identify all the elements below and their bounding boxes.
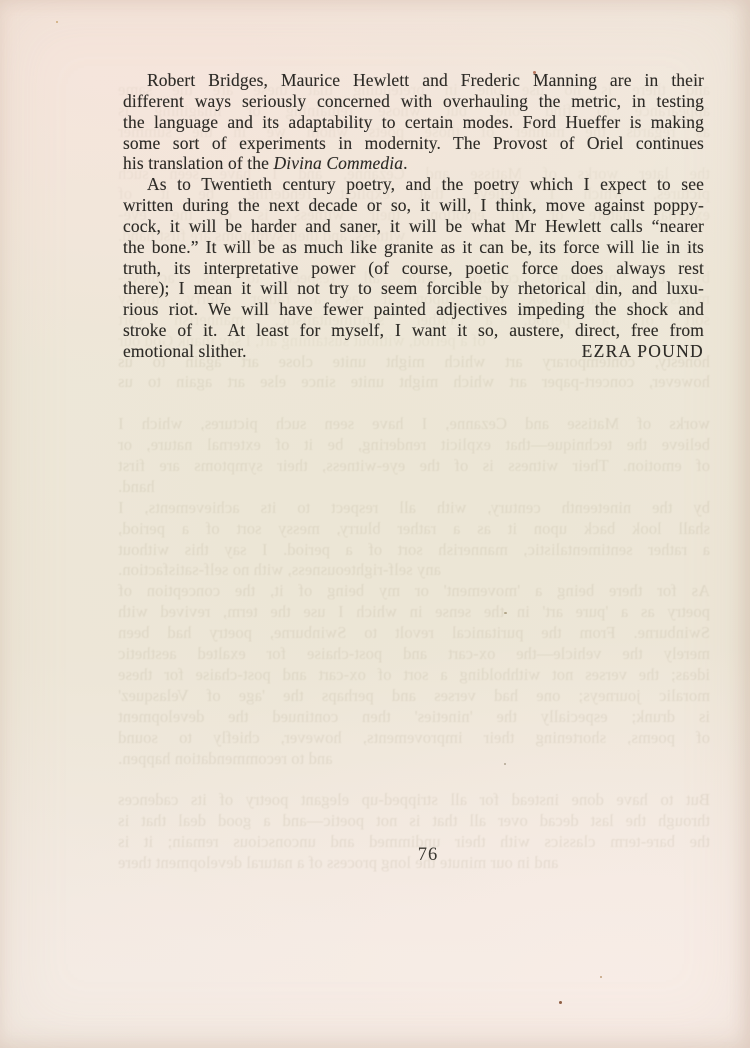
text-line: rious riot. We will have fewer painted a… [123, 299, 704, 320]
showthrough-line: is drunk; especially the 'nineties' then… [118, 707, 710, 728]
text-line: As to Twentieth century poetry, and the … [123, 174, 704, 195]
text-line: some sort of experiments in modernity. T… [123, 133, 704, 154]
showthrough-line: moralic journeys; one had verses and per… [118, 686, 710, 707]
page-number: 76 [0, 845, 750, 866]
showthrough-line: through the last decad over all that is … [118, 811, 710, 832]
showthrough-line: But to have done instead for all strippe… [118, 790, 710, 811]
text-line: the language and its adaptability to cer… [123, 112, 704, 133]
text-segment: his translation of the [123, 153, 274, 173]
showthrough-line: by the nineteenth century, with all resp… [118, 498, 710, 519]
text-line: stroke of it. At least for myself, I wan… [123, 320, 704, 341]
showthrough-line [118, 769, 710, 790]
foxing-speck [56, 21, 58, 23]
body-text: Robert Bridges, Maurice Hewlett and Fred… [123, 70, 704, 362]
showthrough-line: ideas; the verses not withholding a sort… [118, 665, 710, 686]
text-line: his translation of the Divina Commedia. [123, 153, 704, 174]
foxing-speck [504, 763, 506, 765]
text-line: Robert Bridges, Maurice Hewlett and Fred… [123, 70, 704, 91]
text-line: emotional slither.EZRA POUND [123, 341, 704, 362]
paragraph: Robert Bridges, Maurice Hewlett and Fred… [123, 70, 704, 174]
showthrough-line: Swinburne. From the puritanical revolt t… [118, 623, 710, 644]
foxing-speck [559, 1001, 562, 1004]
showthrough-line: believe the technique—that explicit rend… [118, 435, 710, 456]
showthrough-line: any self-righteousness, with no self-sat… [118, 560, 710, 581]
italic-text: Divina Commedia [274, 153, 404, 173]
paragraph: As to Twentieth century poetry, and the … [123, 174, 704, 362]
showthrough-line [118, 393, 710, 414]
foxing-speck [504, 612, 507, 614]
paragraph-end-text: emotional slither. [123, 341, 247, 362]
showthrough-line: and to recommendation happen. [118, 749, 710, 770]
foxing-speck [533, 71, 536, 74]
showthrough-line: hand. [118, 477, 710, 498]
text-segment: . [403, 153, 408, 173]
showthrough-line: works of Matisse and Cezanne, I have see… [118, 414, 710, 435]
showthrough-line: As for there being a 'movement' or my be… [118, 581, 710, 602]
showthrough-line: of poems, shortening their improvements,… [118, 728, 710, 749]
text-line: written during the next decade or so, it… [123, 195, 704, 216]
text-line: truth, its interpretative power (of cour… [123, 258, 704, 279]
showthrough-line: of emotion. Their witness is of the eye-… [118, 456, 710, 477]
foxing-speck [600, 976, 602, 978]
text-line: different ways seriously concerned with … [123, 91, 704, 112]
text-line: the bone.” It will be as much like grani… [123, 237, 704, 258]
showthrough-line: however, concert-paper art which might u… [118, 372, 710, 393]
text-line: there); I mean it will not try to seem f… [123, 278, 704, 299]
text-line: cock, it will be harder and saner, it wi… [123, 216, 704, 237]
showthrough-line: shall look back upon it as a rather blur… [118, 519, 710, 540]
book-page: and there is no use one in pretending th… [0, 0, 750, 1048]
showthrough-line: a rather sentimentalistic, mannerish sor… [118, 540, 710, 561]
showthrough-line: poetry as a 'pure art' in the sense in w… [118, 602, 710, 623]
author-signature: EZRA POUND [582, 341, 704, 362]
showthrough-line: merely the vehicle—the ox-cart and post-… [118, 644, 710, 665]
